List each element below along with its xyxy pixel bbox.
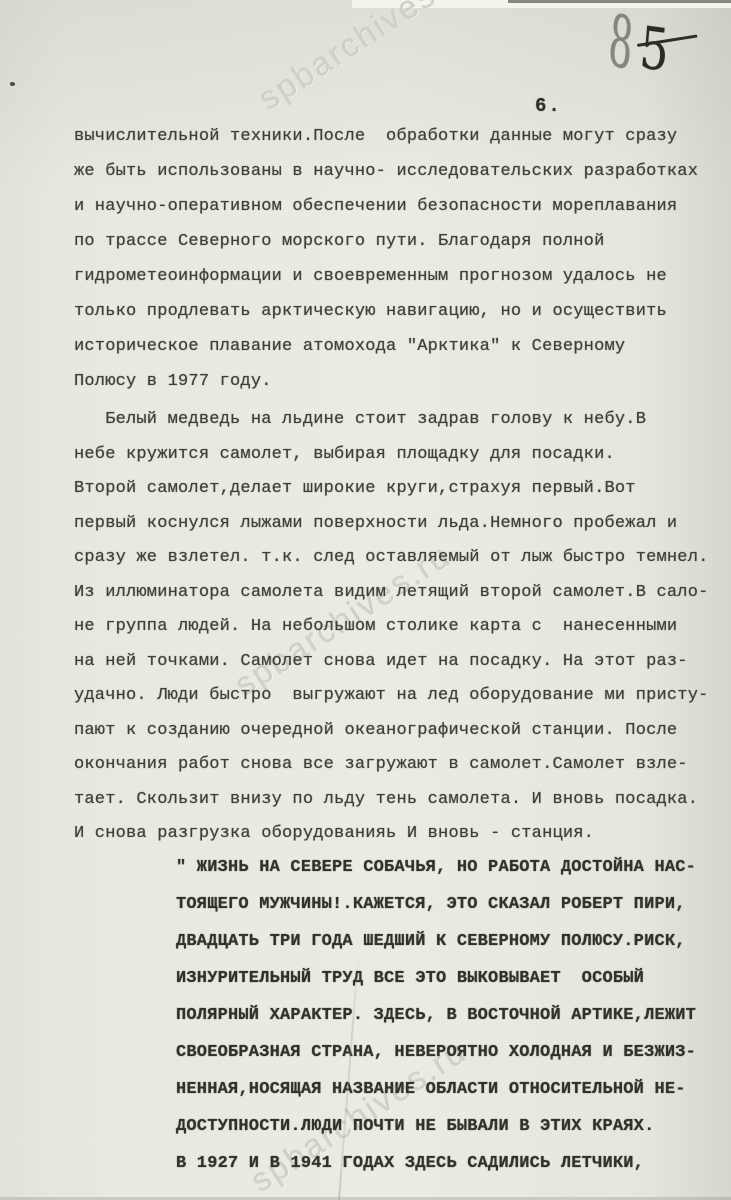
text-line: ПОЛЯРНЫЙ ХАРАКТЕР. ЗДЕСЬ, В ВОСТОЧНОЙ АР… xyxy=(176,997,696,1034)
page-number: 6. xyxy=(535,95,562,117)
text-line: тает. Скользит внизу по льду тень самоле… xyxy=(74,783,709,818)
text-line: первый коснулся лыжами поверхности льда.… xyxy=(74,507,709,542)
text-line: Белый медведь на льдине стоит задрав гол… xyxy=(74,403,709,438)
text-line: Из иллюминатора самолета видим летящий в… xyxy=(74,576,709,611)
text-line: по трассе Северного морского пути. Благо… xyxy=(74,224,698,259)
handwritten-ink-number: 5 xyxy=(638,18,671,80)
text-line: и научно-оперативном обеспечении безопас… xyxy=(74,189,698,224)
text-line: Второй самолет,делает широкие круги,стра… xyxy=(74,472,709,507)
text-line: удачно. Люди быстро выгружают на лед обо… xyxy=(74,679,709,714)
text-line: ТОЯЩЕГО МУЖЧИНЫ!.КАЖЕТСЯ, ЭТО СКАЗАЛ РОБ… xyxy=(176,886,696,923)
text-line: И снова разгрузка оборудованияь И вновь … xyxy=(74,817,709,852)
text-line: сразу же взлетел. т.к. след оставляемый … xyxy=(74,541,709,576)
text-line: же быть использованы в научно- исследова… xyxy=(74,154,698,189)
text-line: ДОСТУПНОСТИ.ЛЮДИ ПОЧТИ НЕ БЫВАЛИ В ЭТИХ … xyxy=(176,1108,696,1145)
text-line: небе кружится самолет, выбирая площадку … xyxy=(74,438,709,473)
text-line: ИЗНУРИТЕЛЬНЫЙ ТРУД ВСЕ ЭТО ВЫКОВЫВАЕТ ОС… xyxy=(176,960,696,997)
text-line: пают к созданию очередной океанографичес… xyxy=(74,714,709,749)
watermark-top: spbarchives.ru xyxy=(252,0,482,118)
text-line: В 1927 И В 1941 ГОДАХ ЗДЕСЬ САДИЛИСЬ ЛЕТ… xyxy=(176,1145,696,1182)
paragraph-1: вычислительной техники.После обработки д… xyxy=(74,119,698,399)
text-line: Полюсу в 1977 году. xyxy=(74,364,698,399)
handwritten-pencil-number: 8 xyxy=(606,3,635,81)
text-line: только продлевать арктическую навигацию,… xyxy=(74,294,698,329)
text-line: ДВАДЦАТЬ ТРИ ГОДА ШЕДШИЙ К СЕВЕРНОМУ ПОЛ… xyxy=(176,923,696,960)
text-line: НЕННАЯ,НОСЯЩАЯ НАЗВАНИЕ ОБЛАСТИ ОТНОСИТЕ… xyxy=(176,1071,696,1108)
text-line: " ЖИЗНЬ НА СЕВЕРЕ СОБАЧЬЯ, НО РАБОТА ДОС… xyxy=(176,849,696,886)
text-line: СВОЕОБРАЗНАЯ СТРАНА, НЕВЕРОЯТНО ХОЛОДНАЯ… xyxy=(176,1034,696,1071)
text-line: окончания работ снова все загружают в са… xyxy=(74,748,709,783)
text-line: на ней точками. Самолет снова идет на по… xyxy=(74,645,709,680)
quote-block: " ЖИЗНЬ НА СЕВЕРЕ СОБАЧЬЯ, НО РАБОТА ДОС… xyxy=(176,849,696,1182)
text-line: вычислительной техники.После обработки д… xyxy=(74,119,698,154)
text-line: не группа людей. На небольшом столике ка… xyxy=(74,610,709,645)
scanned-page: spbarchives.ru spbarchives.ru spbarchive… xyxy=(0,0,731,1200)
text-line: историческое плавание атомохода "Арктика… xyxy=(74,329,698,364)
ink-speck xyxy=(10,82,15,86)
text-line: гидрометеоинформации и своевременным про… xyxy=(74,259,698,294)
paragraph-2: Белый медведь на льдине стоит задрав гол… xyxy=(74,403,709,852)
